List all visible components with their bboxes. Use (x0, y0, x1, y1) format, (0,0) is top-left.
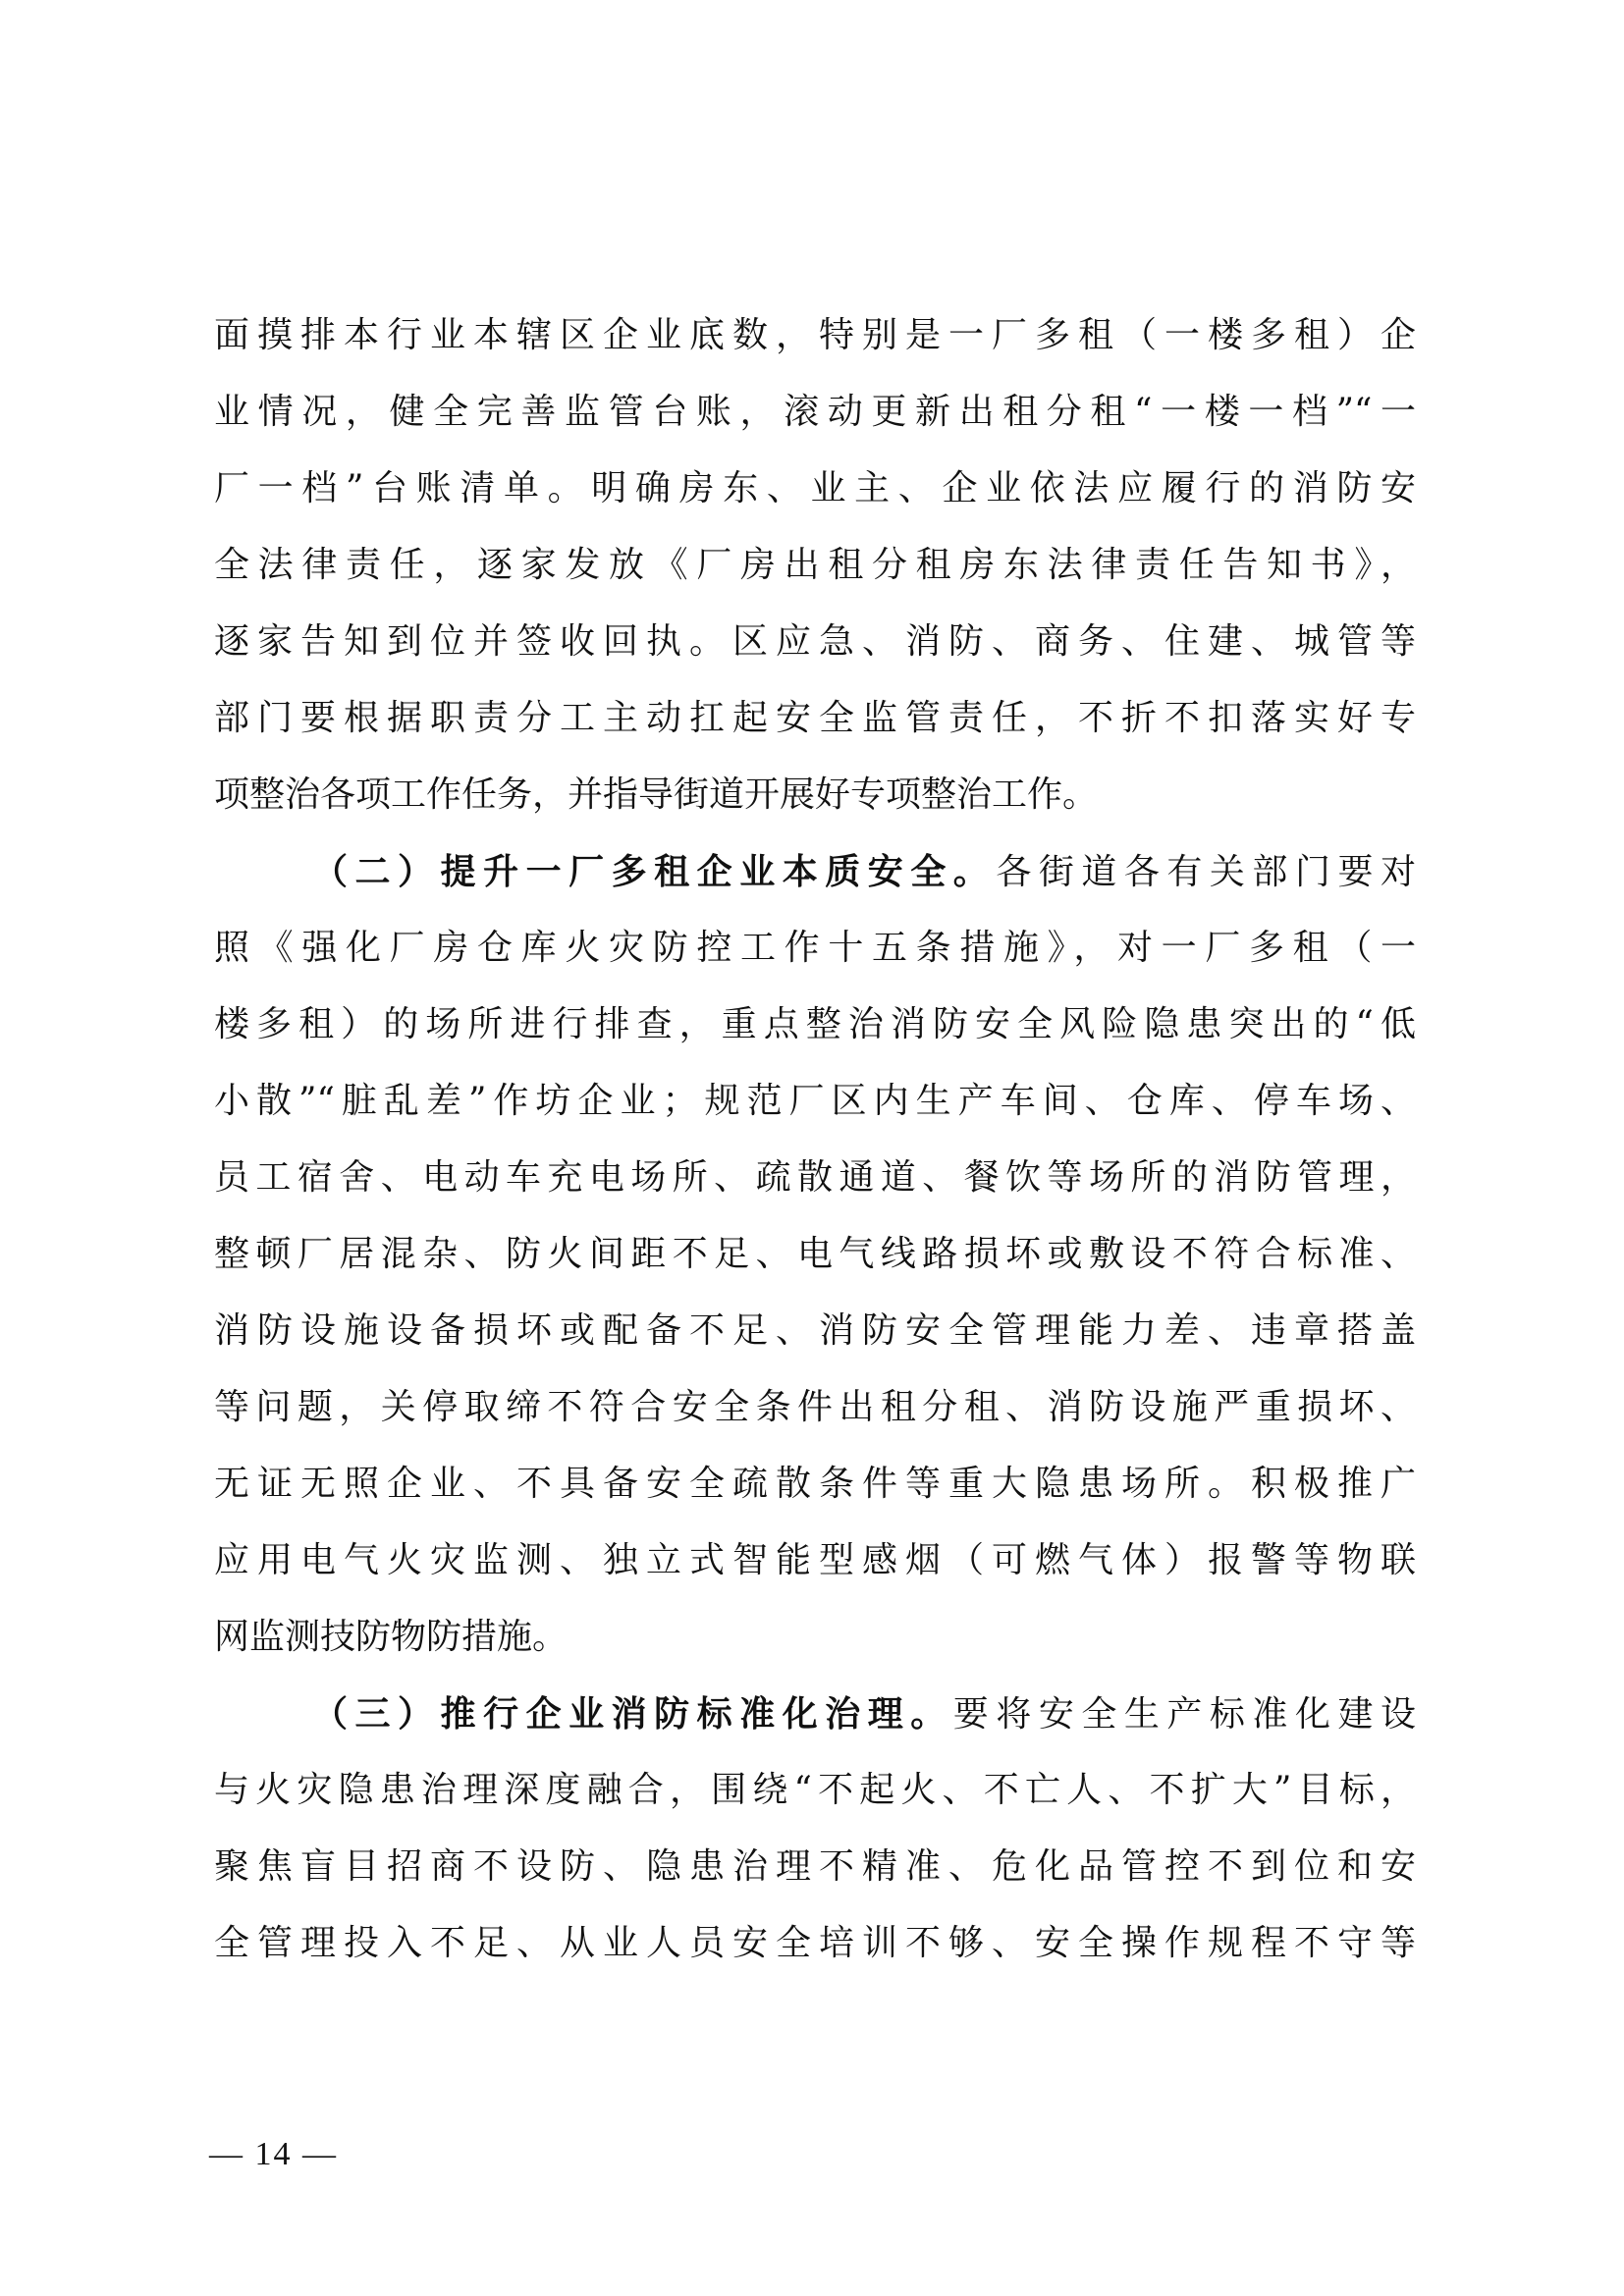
section-heading: （三）推行企业消防标准化治理。 (312, 1693, 953, 1735)
text-line: 照《强化厂房仓库火灾防控工作十五条措施》，对一厂多租（一 (214, 910, 1416, 987)
text-line: 网监测技防物防措施。 (214, 1599, 1416, 1676)
text-line: 面摸排本行业本辖区企业底数，特别是一厂多租（一楼多租）企 (214, 297, 1416, 374)
text-line: 业情况，健全完善监管台账，滚动更新出租分租“一楼一档”“一 (214, 374, 1416, 451)
page-number: — 14 — (209, 2136, 338, 2173)
text-line: 逐家告知到位并签收回执。区应急、消防、商务、住建、城管等 (214, 604, 1416, 680)
section-heading-line: （二）提升一厂多租企业本质安全。各街道各有关部门要对 (214, 833, 1416, 910)
paragraph-2: （二）提升一厂多租企业本质安全。各街道各有关部门要对 照《强化厂房仓库火灾防控工… (214, 833, 1416, 1676)
document-page: 面摸排本行业本辖区企业底数，特别是一厂多租（一楼多租）企 业情况，健全完善监管台… (0, 0, 1624, 2296)
text-line: 楼多租）的场所进行排查，重点整治消防安全风险隐患突出的“低 (214, 987, 1416, 1063)
body-text: 面摸排本行业本辖区企业底数，特别是一厂多租（一楼多租）企 业情况，健全完善监管台… (214, 297, 1416, 1982)
text-line: 消防设施设备损坏或配备不足、消防安全管理能力差、违章搭盖 (214, 1293, 1416, 1369)
text-line: 全管理投入不足、从业人员安全培训不够、安全操作规程不守等 (214, 1905, 1416, 1982)
text-line: 无证无照企业、不具备安全疏散条件等重大隐患场所。积极推广 (214, 1446, 1416, 1522)
text-line: 等问题，关停取缔不符合安全条件出租分租、消防设施严重损坏、 (214, 1369, 1416, 1446)
text-line: 项整治各项工作任务，并指导街道开展好专项整治工作。 (214, 757, 1416, 833)
text-line: 员工宿舍、电动车充电场所、疏散通道、餐饮等场所的消防管理， (214, 1140, 1416, 1216)
text-line: 部门要根据职责分工主动扛起安全监管责任，不折不扣落实好专 (214, 680, 1416, 757)
text-line: 厂一档”台账清单。明确房东、业主、企业依法应履行的消防安 (214, 451, 1416, 527)
paragraph-3: （三）推行企业消防标准化治理。要将安全生产标准化建设 与火灾隐患治理深度融合，围… (214, 1676, 1416, 1982)
text-line: 聚焦盲目招商不设防、隐患治理不精准、危化品管控不到位和安 (214, 1829, 1416, 1905)
text-line: 整顿厂居混杂、防火间距不足、电气线路损坏或敷设不符合标准、 (214, 1216, 1416, 1293)
text-line: 小散”“脏乱差”作坊企业；规范厂区内生产车间、仓库、停车场、 (214, 1063, 1416, 1140)
section-heading-line: （三）推行企业消防标准化治理。要将安全生产标准化建设 (214, 1676, 1416, 1752)
text-line: 与火灾隐患治理深度融合，围绕“不起火、不亡人、不扩大”目标， (214, 1752, 1416, 1829)
text-line: 应用电气火灾监测、独立式智能型感烟（可燃气体）报警等物联 (214, 1522, 1416, 1599)
text-line: 全法律责任，逐家发放《厂房出租分租房东法律责任告知书》， (214, 527, 1416, 604)
section-heading: （二）提升一厂多租企业本质安全。 (312, 851, 996, 892)
paragraph-1: 面摸排本行业本辖区企业底数，特别是一厂多租（一楼多租）企 业情况，健全完善监管台… (214, 297, 1416, 833)
text-run: 要将安全生产标准化建设 (953, 1694, 1416, 1735)
text-run: 各街道各有关部门要对 (996, 852, 1416, 892)
